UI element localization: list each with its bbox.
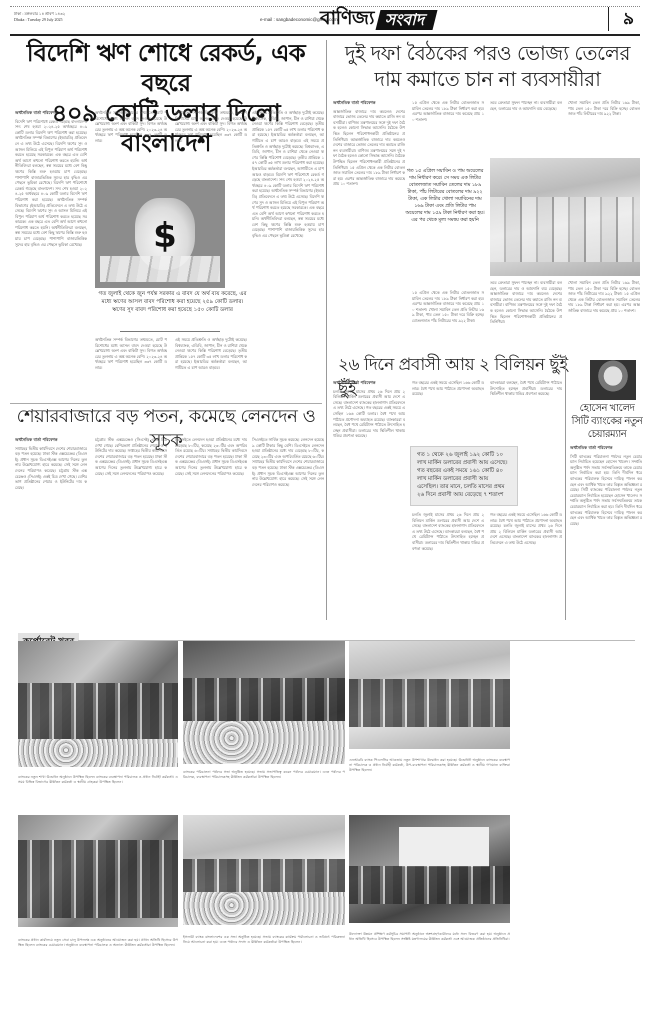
byline: অর্থনৈতিক বার্তা পরিবেশক [333,100,405,106]
remittance-column-1: অর্থনৈতিক বার্তা পরিবেশক চলতি জুলাই মাসে… [333,380,405,620]
stock-column-2: চট্টগ্রাম স্টক এক্সচেঞ্জেও (সিএসই) একই চ… [95,437,167,617]
masthead-rule [10,34,640,36]
corporate-photo-5 [183,815,345,925]
corporate-photo-1 [18,641,178,767]
foreign-debt-column-3-bottom: এই সময়ে প্রতিশ্রুতি ও অর্থছাড় দুটোই কম… [175,337,247,397]
masthead: ঢাকা : মঙ্গলবার ১৪ শ্রাবণ ১৪৩২ Dhaka : T… [10,6,640,42]
oil-column-2-top: ১৫ এপ্রিল থেকে এক লিটার বোতলজাত সয়াবিন … [412,100,484,162]
corporate-caption-5: ইসলামী ব্যাংক বাংলাদেশের এক সভা অনুষ্ঠিত… [183,935,345,980]
corporate-photo-6 [349,815,510,923]
stock-column-4: সিএসইতে সার্বিক সূচক কমেছে। লেনদেন হয়েছ… [252,437,324,617]
foreign-debt-pullquote: গত জুলাই থেকে জুন পর্যন্ত সরকার এ বাবদ য… [95,290,250,314]
remittance-column-2-bottom: চলতি জুলাই মাসের প্রথম ২৬ দিনে প্রায় ২ … [412,512,484,620]
corporate-caption-4: ব্যাংকের প্রধান কার্যালয়ে নতুন সেবা চাল… [18,938,178,983]
headline-city-bank[interactable]: হোসেন খালেদ সিটি ব্যাংকের নতুন চেয়ারম্য… [568,402,646,441]
city-bank-body: অর্থনৈতিক বার্তা পরিবেশক সিটি ব্যাংকের প… [570,445,642,620]
foreign-debt-column-2-top: অর্থনৈতিক সম্পর্ক বিভাগের তথ্যমতে, মোট প… [95,110,167,172]
oil-pullquote: গত ১৫ এপ্রিল সয়াবিন ও পাম অয়েলের দাম ন… [405,168,485,224]
byline: অর্থনৈতিক বার্তা পরিবেশক [15,437,87,443]
edible-oil-bottles-image [490,158,640,276]
money-bag-image: $ [95,180,225,288]
logo-part-banijya: বাণিজ্য [320,4,374,36]
remittance-column-2-top: গত বছরের একই সময়ে এসেছিল ১৬৬ কোটি ডলার।… [412,380,484,440]
column-divider-main [326,40,327,620]
remittance-column-3-top: ব্যাংকাররা বলছেন, বৈধ পথে রেমিট্যান্স পা… [490,380,562,440]
oil-column-4-top: খোলা সয়াবিন তেল প্রতি লিটার ১৬৯ টাকা, প… [568,100,640,150]
byline: অর্থনৈতিক বার্তা পরিবেশক [15,110,87,116]
logo-part-sangbad: সংবাদ [376,10,438,30]
remittance-column-3-bottom: গত বছরের একই সময়ে এসেছিল ১৬৬ কোটি ডলার।… [490,512,562,620]
corporate-caption-3: এনআরবি ব্যাংক পিএলসির আওতায় নতুন উপশাখা… [349,758,510,808]
newspaper-logo: বাণিজ্য সংবাদ [320,9,435,31]
date-english: Dhaka : Tuesday 29 July 2025 [14,17,65,23]
corporate-photo-2 [183,641,345,764]
headline-edible-oil[interactable]: দুই দফা বৈঠকের পরও ভোজ্য তেলের দাম কমাতে… [330,40,645,92]
pullquote-divider [120,331,220,332]
dollar-sign-icon: $ [147,216,183,256]
oil-column-2-bottom: ১৫ এপ্রিল থেকে এক লিটার বোতলজাত সয়াবিন … [412,290,484,350]
byline: অর্থনৈতিক বার্তা পরিবেশক [333,380,405,386]
foreign-debt-column-3-top: অর্থনৈতিক সম্পর্ক বিভাগের তথ্যমতে, মোট প… [175,110,247,172]
section-divider [10,403,322,404]
corporate-caption-1: ব্যাংকের নতুন শাখা উদ্বোধন অনুষ্ঠানে উপস… [18,775,178,810]
column-divider-sidebar [565,355,566,620]
oil-column-3-top: তবে ক্রেতারা সুফল পাচ্ছেন না। ব্যবসায়ীর… [490,100,562,150]
stock-column-3: ডিএসইতে লেনদেন হওয়া প্রতিষ্ঠানের মধ্যে … [175,437,247,617]
oil-column-3-bottom: তবে ক্রেতারা সুফল পাচ্ছেন না। ব্যবসায়ীর… [490,280,562,350]
corporate-photo-3 [349,641,510,749]
oil-column-4-bottom: খোলা সয়াবিন তেল প্রতি লিটার ১৬৯ টাকা, প… [568,280,640,350]
stock-column-1: অর্থনৈতিক বার্তা পরিবেশক সপ্তাহের দ্বিতী… [15,437,87,617]
corporate-photo-4 [18,815,178,927]
foreign-debt-column-4: এই সময়ে প্রতিশ্রুতি ও অর্থছাড় দুটোই কম… [252,110,324,400]
corporate-caption-2: ব্যাংকের পরিচালনা পর্ষদের সভা অনুষ্ঠিত হ… [183,770,345,805]
portrait-photo [590,360,636,400]
page-number: ৯ [608,7,634,31]
foreign-debt-column-2-bottom: অর্থনৈতিক সম্পর্ক বিভাগের তথ্যমতে, মোট প… [95,337,167,397]
oil-column-1: অর্থনৈতিক বার্তা পরিবেশক আন্তর্জাতিক বাজ… [333,100,405,350]
banknotes-icon [100,256,220,282]
remittance-highlight-box: গত ১ থেকে ২৬ জুলাই ১৯২ কোটি ১০ লাখ মার্ক… [410,446,518,506]
byline: অর্থনৈতিক বার্তা পরিবেশক [570,445,642,451]
issue-date: ঢাকা : মঙ্গলবার ১৪ শ্রাবণ ১৪৩২ Dhaka : T… [14,11,65,23]
foreign-debt-column-1: অর্থনৈতিক বার্তা পরিবেশক বিদেশি ঋণ পরিশো… [15,110,87,400]
event-banner [399,827,489,867]
corporate-caption-6: উদ্যোক্তা উন্নয়ন প্রশিক্ষণ কর্মসূচির সম… [349,932,510,982]
